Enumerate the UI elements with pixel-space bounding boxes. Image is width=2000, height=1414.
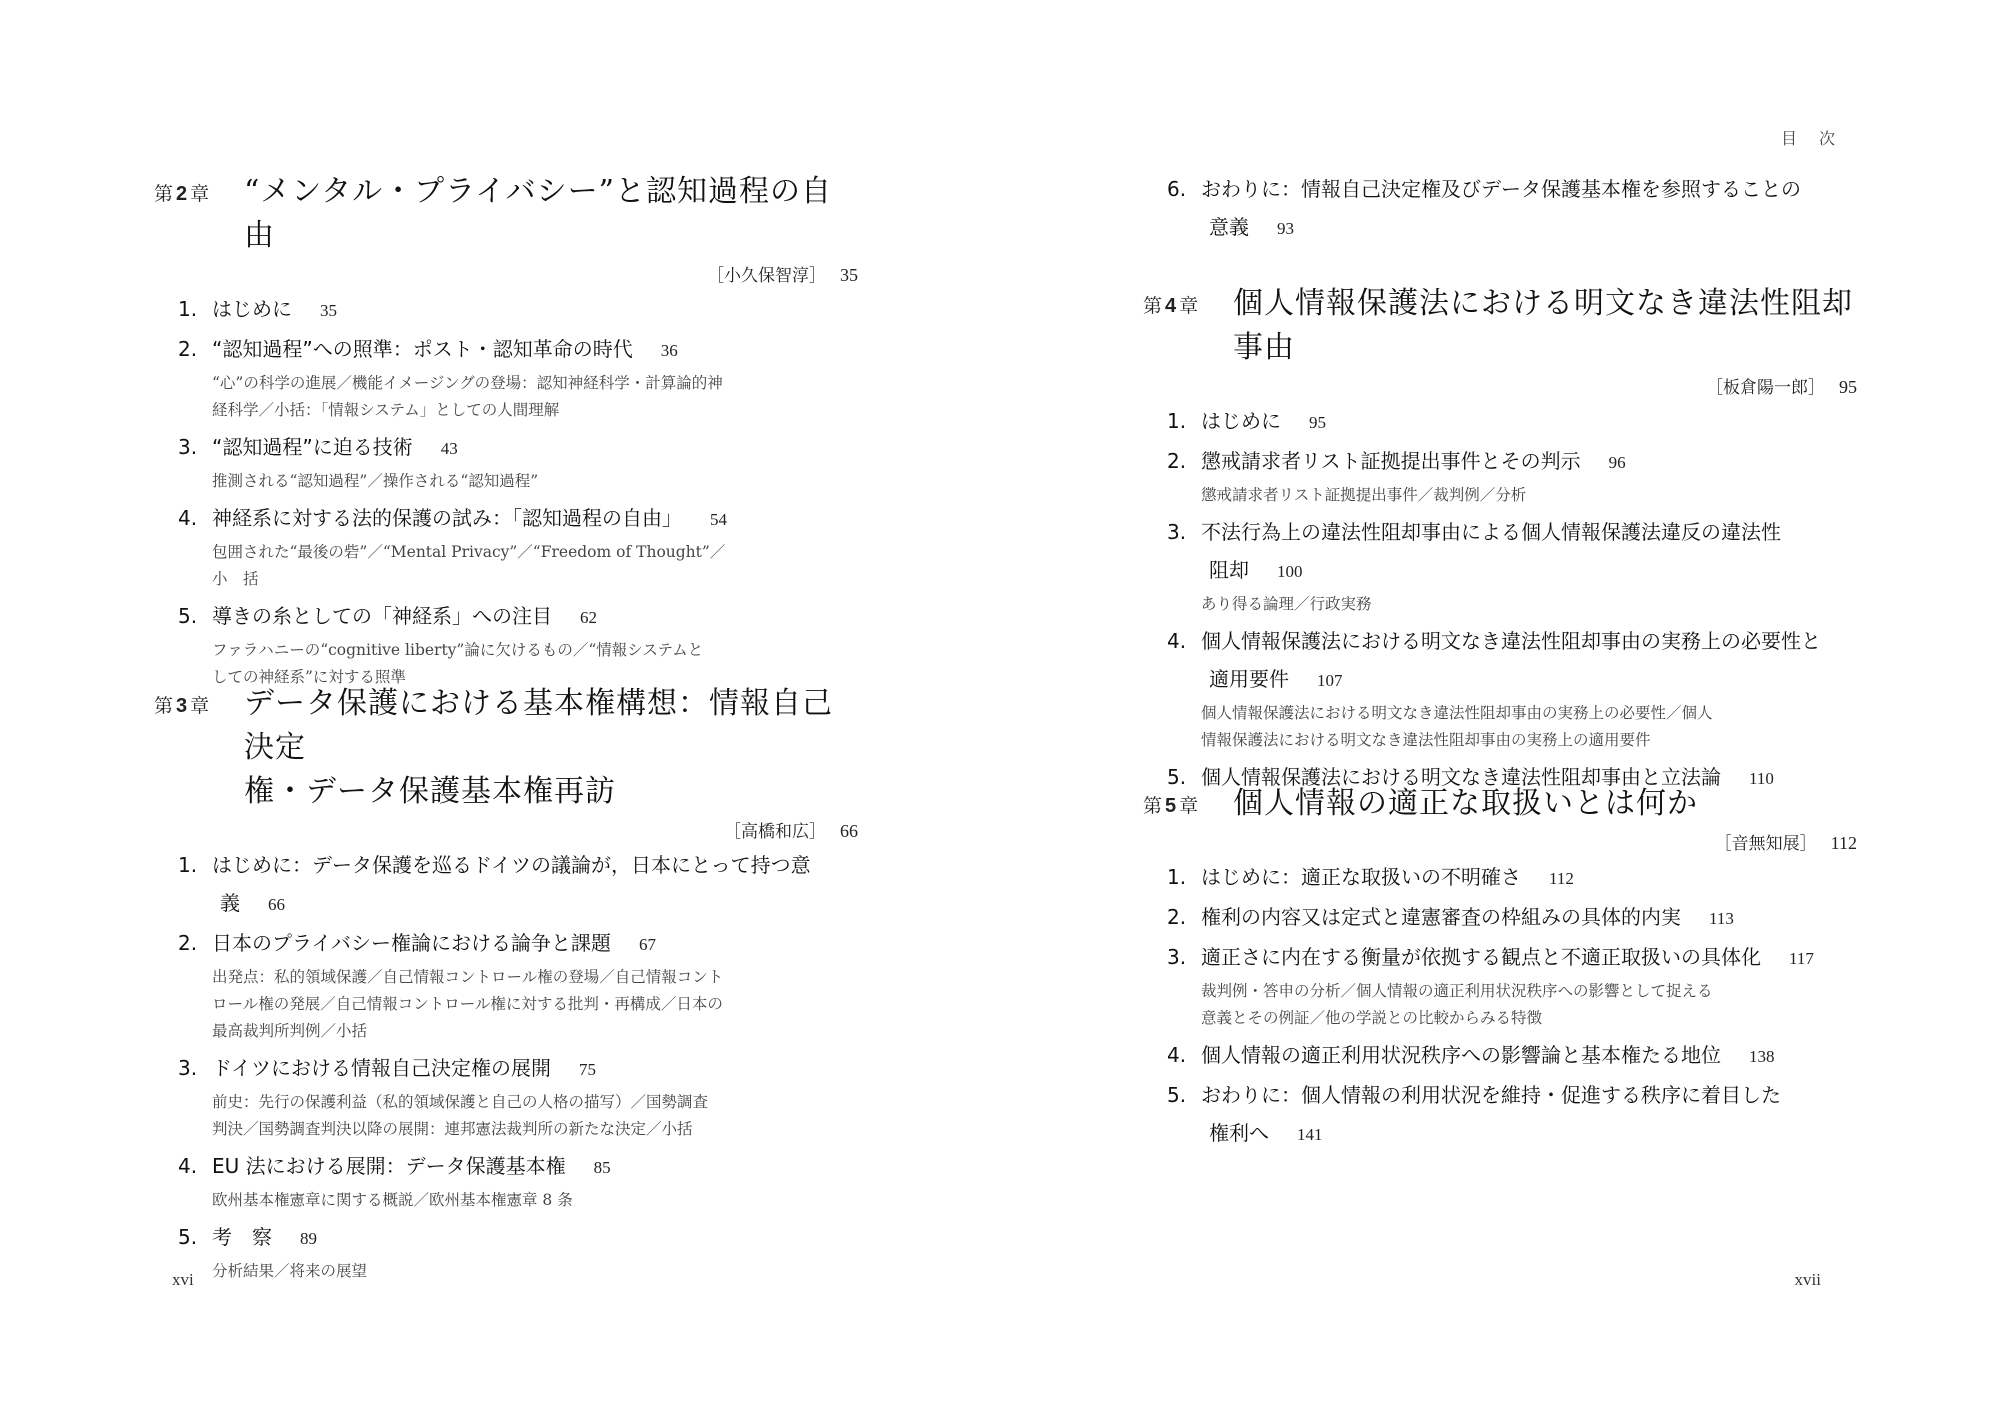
toc-section[interactable]: 1.はじめに：適正な取扱いの不明確さ112 [1167, 858, 1857, 898]
toc-section[interactable]: 3.“認知過程”に迫る技術43 推測される“認知過程”／操作される“認知過程” [178, 428, 858, 495]
chapter-author: ［高橋和広］66 [154, 816, 858, 846]
chapter-heading: 第3章 データ保護における基本権構想：情報自己決定権・データ保護基本権再訪 [154, 682, 858, 814]
chapter-heading: 第2章 “メンタル・プライバシー”と認知過程の自由 [154, 170, 858, 258]
subsection-list: 懲戒請求者リスト証拠提出事件／裁判例／分析 [1167, 482, 1857, 509]
subsection-list: 前史：先行の保護利益（私的領域保護と自己の人格の描写）／国勢調査判決／国勢調査判… [178, 1089, 858, 1143]
subsection-list: 分析結果／将来の展望 [178, 1258, 858, 1285]
chapter-title: データ保護における基本権構想：情報自己決定権・データ保護基本権再訪 [244, 682, 858, 814]
chapter-label: 第2章 [154, 170, 244, 206]
subsection-list: 個人情報保護法における明文なき違法性阻却事由の実務上の必要性／個人情報保護法にお… [1167, 700, 1857, 754]
toc-section[interactable]: 5.おわりに：個人情報の利用状況を維持・促進する秩序に着目した権利へ141 [1167, 1076, 1857, 1154]
toc-section[interactable]: 5.導きの糸としての「神経系」への注目62 ファラハニーの“cognitive … [178, 597, 858, 691]
toc-section[interactable]: 5.考 察89 分析結果／将来の展望 [178, 1218, 858, 1285]
subsection-list: あり得る論理／行政実務 [1167, 591, 1857, 618]
toc-section[interactable]: 3.適正さに内在する衡量が依拠する観点と不適正取扱いの具体化117 裁判例・答申… [1167, 938, 1857, 1032]
chapter-author: ［板倉陽一郎］95 [1143, 372, 1857, 402]
chapter-title: “メンタル・プライバシー”と認知過程の自由 [244, 170, 858, 258]
chapter-3: 第3章 データ保護における基本権構想：情報自己決定権・データ保護基本権再訪 ［高… [154, 682, 858, 1289]
chapter-heading: 第5章 個人情報の適正な取扱いとは何か [1143, 782, 1857, 826]
chapter-label: 第3章 [154, 682, 244, 718]
left-page: 第2章 “メンタル・プライバシー”と認知過程の自由 ［小久保智淳］35 1.はじ… [154, 0, 858, 1414]
toc-section[interactable]: 2.権利の内容又は定式と違憲審査の枠組みの具体的内実113 [1167, 898, 1857, 938]
toc-section[interactable]: 4.神経系に対する法的保護の試み：「認知過程の自由」54 包囲された“最後の砦”… [178, 499, 858, 593]
toc-section[interactable]: 2.“認知過程”への照準：ポスト・認知革命の時代36 “心”の科学の進展／機能イ… [178, 330, 858, 424]
toc-section[interactable]: 2.日本のプライバシー権論における論争と課題67 出発点：私的領域保護／自己情報… [178, 924, 858, 1045]
chapter-heading: 第4章 個人情報保護法における明文なき違法性阻却事由 [1143, 282, 1857, 370]
chapter-author: ［小久保智淳］35 [154, 260, 858, 290]
chapter-2: 第2章 “メンタル・プライバシー”と認知過程の自由 ［小久保智淳］35 1.はじ… [154, 170, 858, 695]
subsection-list: 裁判例・答申の分析／個人情報の適正利用状況秩序への影響として捉える意義とその例証… [1167, 978, 1857, 1032]
toc-section[interactable]: 4.個人情報の適正利用状況秩序への影響論と基本権たる地位138 [1167, 1036, 1857, 1076]
toc-section[interactable]: 4.EU 法における展開：データ保護基本権85 欧州基本権憲章に関する概説／欧州… [178, 1147, 858, 1214]
toc-section[interactable]: 1.はじめに：データ保護を巡るドイツの議論が，日本にとって持つ意義66 [178, 846, 858, 924]
toc-section[interactable]: 6.おわりに：情報自己決定権及びデータ保護基本権を参照することの意義93 [1167, 170, 1857, 248]
chapter-label: 第4章 [1143, 282, 1233, 318]
chapter-4: 第4章 個人情報保護法における明文なき違法性阻却事由 ［板倉陽一郎］95 1.は… [1143, 282, 1857, 798]
toc-section[interactable]: 1.はじめに35 [178, 290, 858, 330]
chapter-label: 第5章 [1143, 782, 1233, 818]
subsection-list: 欧州基本権憲章に関する概説／欧州基本権憲章 8 条 [178, 1187, 858, 1214]
chapter-title: 個人情報保護法における明文なき違法性阻却事由 [1233, 282, 1857, 370]
toc-section[interactable]: 1.はじめに95 [1167, 402, 1857, 442]
toc-section[interactable]: 3.ドイツにおける情報自己決定権の展開75 前史：先行の保護利益（私的領域保護と… [178, 1049, 858, 1143]
right-page: 目次 6.おわりに：情報自己決定権及びデータ保護基本権を参照することの意義93 … [1143, 0, 1857, 1414]
toc-section[interactable]: 2.懲戒請求者リスト証拠提出事件とその判示96 懲戒請求者リスト証拠提出事件／裁… [1167, 442, 1857, 509]
chapter-5: 第5章 個人情報の適正な取扱いとは何か ［音無知展］112 1.はじめに：適正な… [1143, 782, 1857, 1154]
page-number: xvii [1795, 1270, 1821, 1290]
subsection-list: 出発点：私的領域保護／自己情報コントロール権の登場／自己情報コントロール権の発展… [178, 964, 858, 1045]
subsection-list: 包囲された“最後の砦”／“Mental Privacy”／“Freedom of… [178, 539, 858, 593]
running-head: 目次 [1781, 126, 1857, 149]
chapter-author: ［音無知展］112 [1143, 828, 1857, 858]
toc-section[interactable]: 4.個人情報保護法における明文なき違法性阻却事由の実務上の必要性と適用要件107… [1167, 622, 1857, 754]
page-number: xvi [172, 1270, 194, 1290]
chapter-title: 個人情報の適正な取扱いとは何か [1233, 782, 1698, 826]
subsection-list: “心”の科学の進展／機能イメージングの登場：認知神経科学・計算論的神経科学／小括… [178, 370, 858, 424]
toc-section[interactable]: 3.不法行為上の違法性阻却事由による個人情報保護法違反の違法性阻却100 あり得… [1167, 513, 1857, 618]
chapter-3-continued: 6.おわりに：情報自己決定権及びデータ保護基本権を参照することの意義93 [1143, 170, 1857, 248]
subsection-list: 推測される“認知過程”／操作される“認知過程” [178, 468, 858, 495]
